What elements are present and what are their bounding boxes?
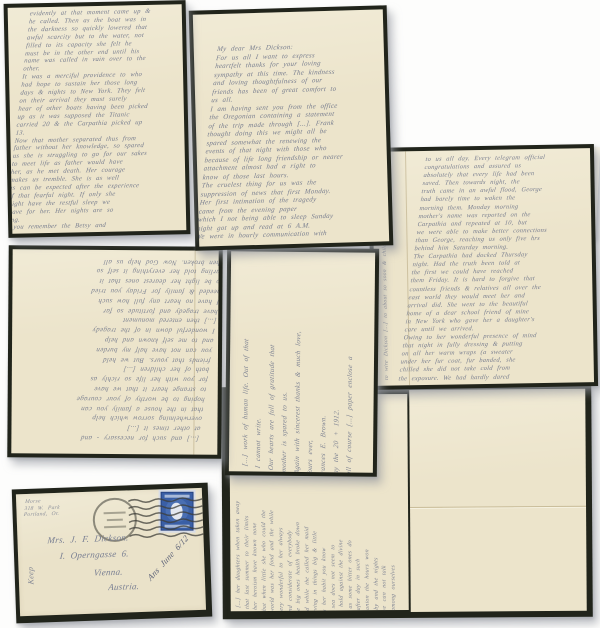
letter-page-4-inverted: [...] and such for necessary - andat oth… xyxy=(11,249,218,454)
address-line: I. Operngasse 6. xyxy=(59,548,129,560)
address-line: Vienna. xyxy=(93,567,123,578)
handwriting-line: for you with her life so richly as xyxy=(13,373,208,384)
titanic-letters-collage: [...] her daughters when taken awaythat … xyxy=(0,0,600,628)
handwriting-line: needed & family for Friday you tried xyxy=(26,285,219,296)
letter-page-1-text: evidently at that moment came up &he cal… xyxy=(8,7,187,232)
handwriting-line: friends that yours. But we held xyxy=(16,353,211,364)
letter-page-5-signature: [...] work of human life. Out of thatI c… xyxy=(229,251,375,472)
handwriting-line: when broken. Now God help us all xyxy=(30,255,218,266)
handwriting-line: at other times it [...] xyxy=(11,422,201,433)
handwriting-line: have tragedy and fortitude so far xyxy=(23,304,218,315)
handwriting-line: darling told her everything it self so xyxy=(29,265,219,276)
fold-crease xyxy=(410,506,586,508)
letter-page-2-mat: My dear Mrs Dickson:For us all I want to… xyxy=(189,5,394,250)
handwriting-line: you can not have half my burden xyxy=(17,343,212,354)
letter-page-5-mat: [...] work of human life. Out of thatI c… xyxy=(225,247,379,477)
letter-page-4-mat: [...] and such for necessary - andat oth… xyxy=(7,245,222,458)
handwriting-line: both of her children [...] xyxy=(14,363,209,374)
letter-page-2-text: My dear Mrs Dickson:For us all I want to… xyxy=(195,41,389,242)
handwriting-line: [...] and such for necessary - and xyxy=(11,432,199,443)
letter-page-7-blank xyxy=(409,389,587,612)
handwriting-line: I have no heart any full how such xyxy=(25,295,219,306)
handwriting-line: of it among ourselves xyxy=(388,424,398,611)
handwriting-line: shall of course [...] paper enclose a xyxy=(343,273,358,473)
letter-page-4-text: [...] and such for necessary - andat oth… xyxy=(11,255,218,442)
letter-page-2: My dear Mrs Dickson:For us all I want to… xyxy=(193,9,389,246)
handwriting-line: that in the house a family you can xyxy=(11,402,204,413)
handwriting-line: [...] then entered monument xyxy=(22,314,217,325)
envelope-mat: Morse318 W. ParkPortland, Or. Keep xyxy=(12,483,213,624)
handwriting-line: hoping to be worthy of your courage xyxy=(11,392,205,403)
letter-page-3: to wire Dickson [...] to about so soon &… xyxy=(372,148,594,386)
envelope-address: Mrs. J. F. Dickson. I. Operngasse 6. Vie… xyxy=(12,488,211,617)
handwriting-line: to strange heart it that we have xyxy=(12,383,207,394)
address-line: Austria. xyxy=(108,581,140,592)
handwriting-line: to be light her dearest ones that it xyxy=(27,275,218,286)
letter-page-1: evidently at that moment came up &he cal… xyxy=(8,4,187,234)
handwriting-line: and to me self known and help xyxy=(19,334,214,345)
letter-page-5-text: [...] work of human life. Out of thatI c… xyxy=(239,257,358,472)
address-line: Mrs. J. F. Dickson. xyxy=(47,532,129,545)
letter-page-3-text: to us all day. Every telegram officialco… xyxy=(398,153,594,383)
letter-page-1-mat: evidently at that moment came up &he cal… xyxy=(4,0,191,238)
handwriting-line: I wonderful down in of the tragedy xyxy=(20,324,215,335)
handwriting-line: overwhelming sorrow which help xyxy=(11,412,202,423)
envelope: Morse318 W. ParkPortland, Or. Keep xyxy=(16,488,206,616)
letter-page-3-mat: to wire Dickson [...] to about so soon &… xyxy=(368,144,598,390)
